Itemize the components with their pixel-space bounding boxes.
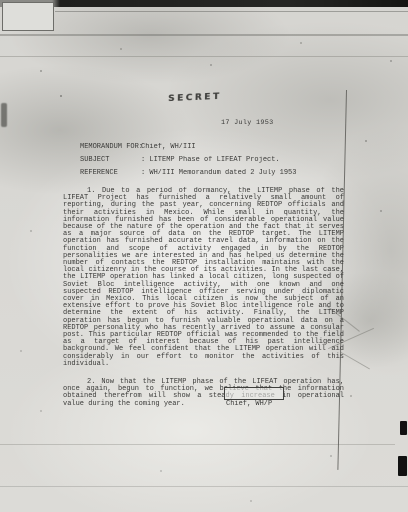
pen-scratch-mark	[340, 352, 370, 370]
photocopy-streak	[55, 11, 408, 12]
memo-for-value: Chief, WH/III	[141, 143, 196, 151]
subject-label: SUBJECT	[80, 156, 109, 164]
photocopy-streak	[0, 34, 408, 36]
memo-paragraph-1: 1. Due to a period of dormancy, the LITE…	[63, 188, 344, 368]
signature-title: Chief, WH/P	[226, 400, 272, 408]
subject-value: : LITEMP Phase of LIFEAT Project.	[141, 156, 280, 164]
scan-noise-speckles	[0, 0, 2, 2]
binder-mark	[398, 456, 407, 476]
left-edge-smudge	[1, 103, 7, 127]
memo-date: 17 July 1953	[221, 119, 274, 127]
scanned-memo-page: SECRET 17 July 1953 MEMORANDUM FOR: Chie…	[0, 0, 408, 512]
photocopy-streak	[0, 56, 408, 57]
scan-top-edge-strip	[0, 0, 408, 7]
memo-body: 1. Due to a period of dormancy, the LITE…	[63, 188, 344, 408]
reference-label: REFERENCE	[80, 169, 118, 177]
memo-paragraph-2: 2. Now that the LITEMP phase of the LIFE…	[63, 379, 344, 408]
scan-corner-overlay	[2, 2, 54, 31]
reference-value: : WH/III Memorandum dated 2 July 1953	[141, 169, 296, 177]
binder-mark	[400, 421, 407, 435]
photocopy-streak	[0, 486, 408, 487]
memo-for-label: MEMORANDUM FOR:	[80, 143, 143, 151]
classification-stamp: SECRET	[168, 92, 222, 104]
photocopy-streak	[0, 444, 395, 445]
